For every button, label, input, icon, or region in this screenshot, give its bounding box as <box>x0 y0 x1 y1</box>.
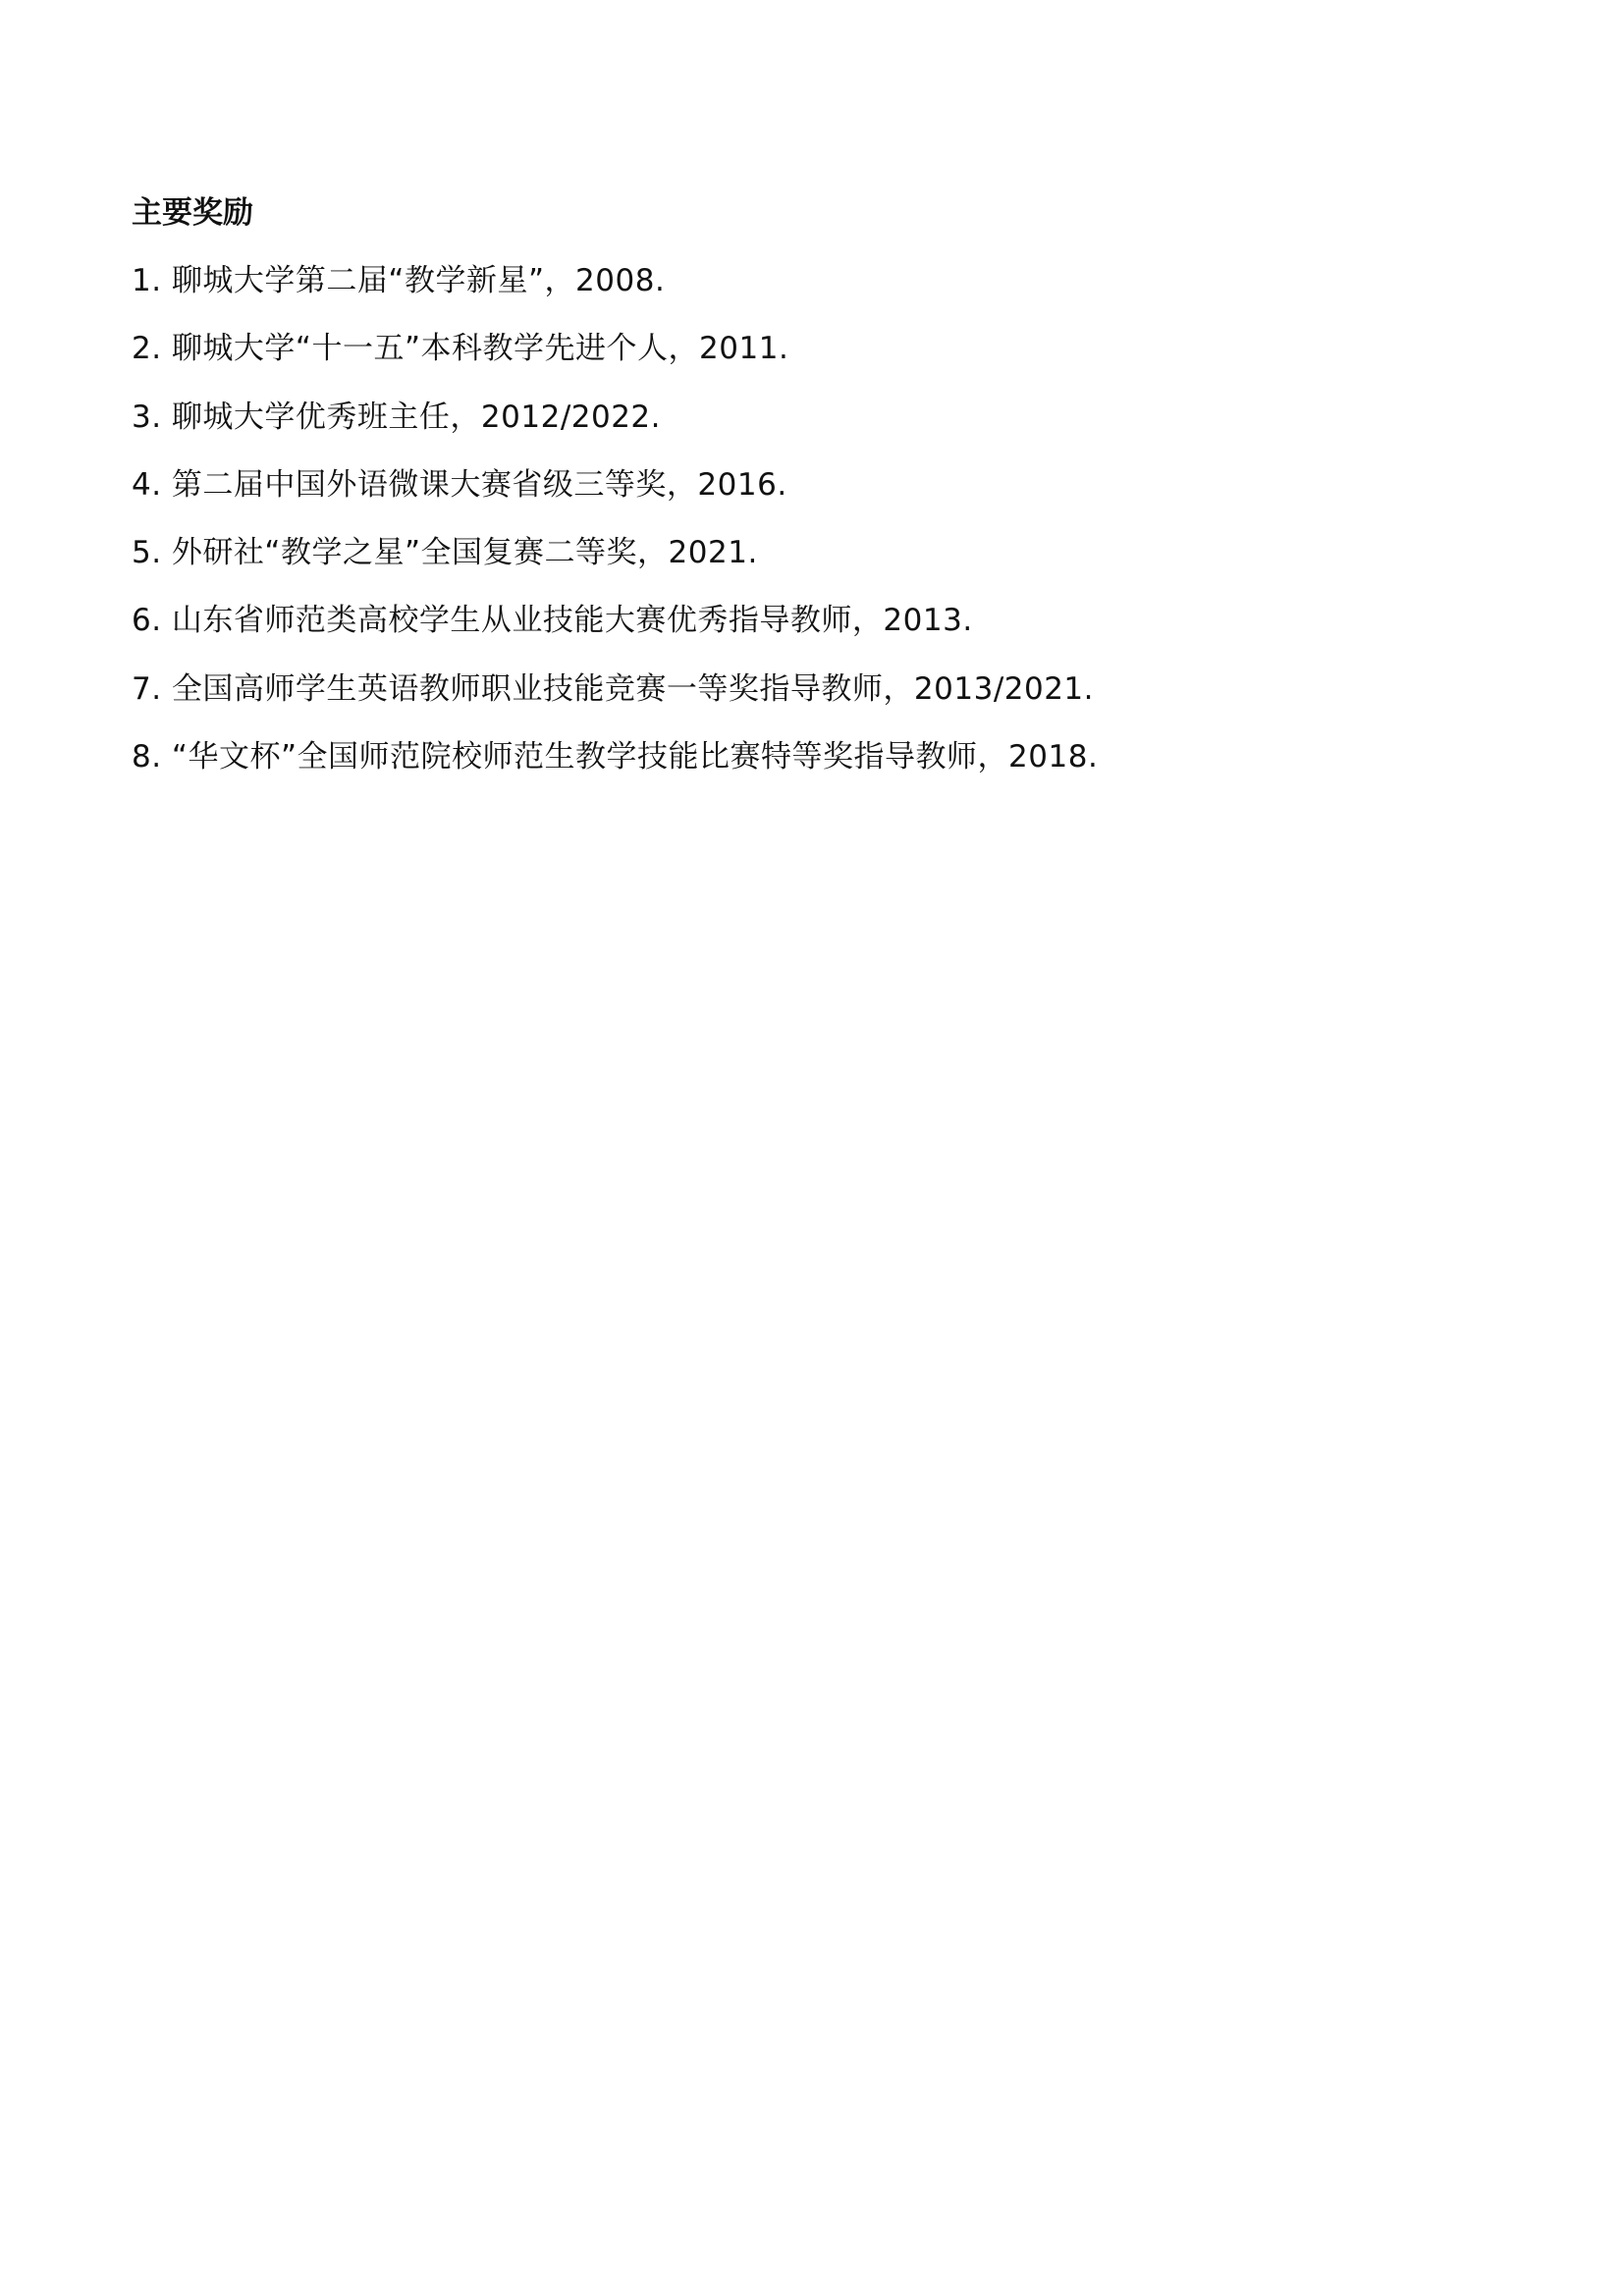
section-title: 主要奖励 <box>132 192 1506 234</box>
award-item: 8. “华文杯”全国师范院校师范生教学技能比赛特等奖指导教师，2018. <box>132 736 1506 804</box>
award-item: 2. 聊城大学“十一五”本科教学先进个人，2011. <box>132 328 1506 396</box>
award-item: 4. 第二届中国外语微课大赛省级三等奖，2016. <box>132 464 1506 532</box>
award-item: 5. 外研社“教学之星”全国复赛二等奖，2021. <box>132 532 1506 600</box>
award-item: 6. 山东省师范类高校学生从业技能大赛优秀指导教师，2013. <box>132 600 1506 667</box>
award-item: 1. 聊城大学第二届“教学新星”，2008. <box>132 260 1506 328</box>
awards-section: 主要奖励 1. 聊城大学第二届“教学新星”，2008. 2. 聊城大学“十一五”… <box>132 192 1506 804</box>
document-page: 主要奖励 1. 聊城大学第二届“教学新星”，2008. 2. 聊城大学“十一五”… <box>0 0 1624 2296</box>
award-item: 3. 聊城大学优秀班主任，2012/2022. <box>132 397 1506 464</box>
award-item: 7. 全国高师学生英语教师职业技能竞赛一等奖指导教师，2013/2021. <box>132 668 1506 736</box>
awards-list: 1. 聊城大学第二届“教学新星”，2008. 2. 聊城大学“十一五”本科教学先… <box>132 260 1506 804</box>
